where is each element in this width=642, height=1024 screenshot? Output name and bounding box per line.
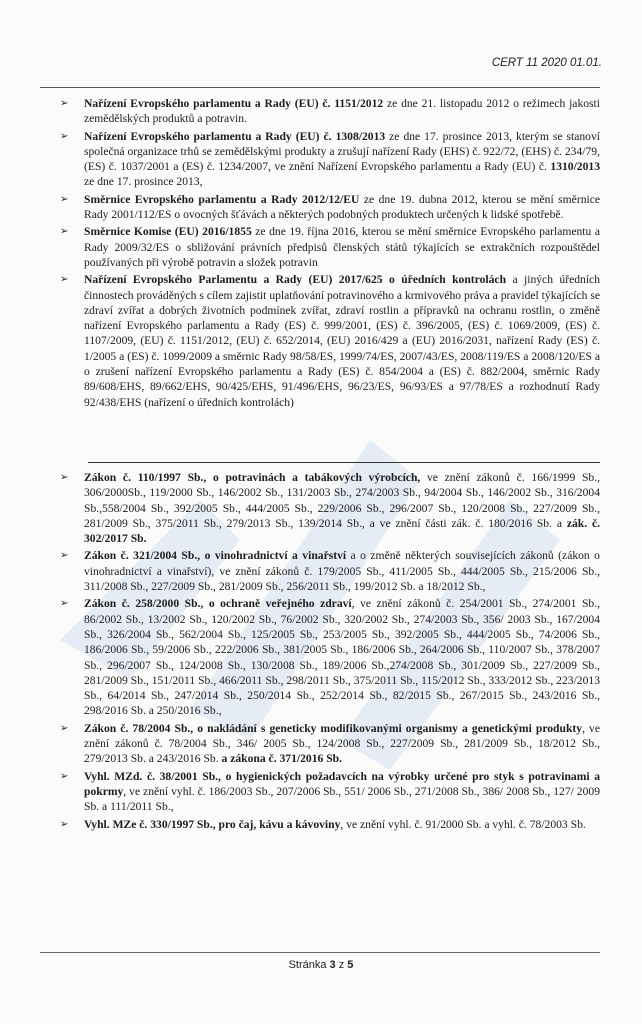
section-divider: [88, 462, 600, 463]
arrow-bullet-icon: ➢: [60, 224, 68, 239]
list-item: ➢ Nařízení Evropského Parlamentu a Rady …: [60, 272, 600, 410]
document-reference: CERT 11 2020 01.01.: [492, 57, 602, 69]
list-item: ➢ Zákon č. 321/2004 Sb., o vinohradnictv…: [60, 548, 600, 594]
header-divider: [40, 87, 600, 88]
list-item: ➢ Vyhl. MZd. č. 38/2001 Sb., o hygienick…: [60, 769, 600, 815]
arrow-bullet-icon: ➢: [60, 721, 68, 736]
arrow-bullet-icon: ➢: [60, 470, 68, 485]
list-item: ➢ Nařízení Evropského parlamentu a Rady …: [60, 129, 600, 190]
arrow-bullet-icon: ➢: [60, 769, 68, 784]
arrow-bullet-icon: ➢: [60, 548, 68, 563]
eu-legislation-list: ➢ Nařízení Evropského parlamentu a Rady …: [60, 96, 600, 412]
list-item: ➢ Zákon č. 110/1997 Sb., o potravinách a…: [60, 470, 600, 546]
arrow-bullet-icon: ➢: [60, 817, 68, 832]
page-number: Stránka 3 z 5: [0, 959, 642, 971]
arrow-bullet-icon: ➢: [60, 96, 68, 111]
footer-divider: [40, 952, 600, 953]
czech-legislation-list: ➢ Zákon č. 110/1997 Sb., o potravinách a…: [60, 470, 600, 834]
arrow-bullet-icon: ➢: [60, 272, 68, 287]
arrow-bullet-icon: ➢: [60, 596, 68, 611]
list-item: ➢ Směrnice Komise (EU) 2016/1855 ze dne …: [60, 224, 600, 270]
arrow-bullet-icon: ➢: [60, 129, 68, 144]
arrow-bullet-icon: ➢: [60, 192, 68, 207]
list-item: ➢ Zákon č. 258/2000 Sb., o ochraně veřej…: [60, 596, 600, 718]
list-item: ➢ Směrnice Evropského parlamentu a Rady …: [60, 192, 600, 223]
list-item: ➢ Zákon č. 78/2004 Sb., o nakládání s ge…: [60, 721, 600, 767]
document-page: CERT 11 2020 01.01. ➢ Nařízení Evropskéh…: [0, 0, 642, 1024]
list-item: ➢ Nařízení Evropského parlamentu a Rady …: [60, 96, 600, 127]
list-item: ➢ Vyhl. MZe č. 330/1997 Sb., pro čaj, ká…: [60, 817, 600, 832]
